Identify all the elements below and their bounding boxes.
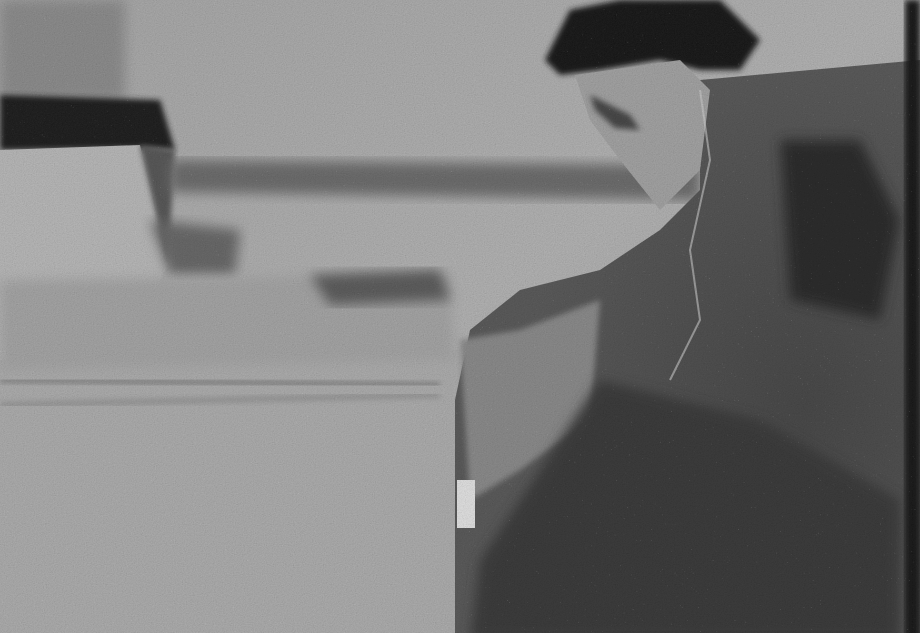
halftone-photograph: [0, 0, 920, 641]
paper-margin: [0, 633, 920, 641]
photo-canvas: [0, 0, 920, 641]
